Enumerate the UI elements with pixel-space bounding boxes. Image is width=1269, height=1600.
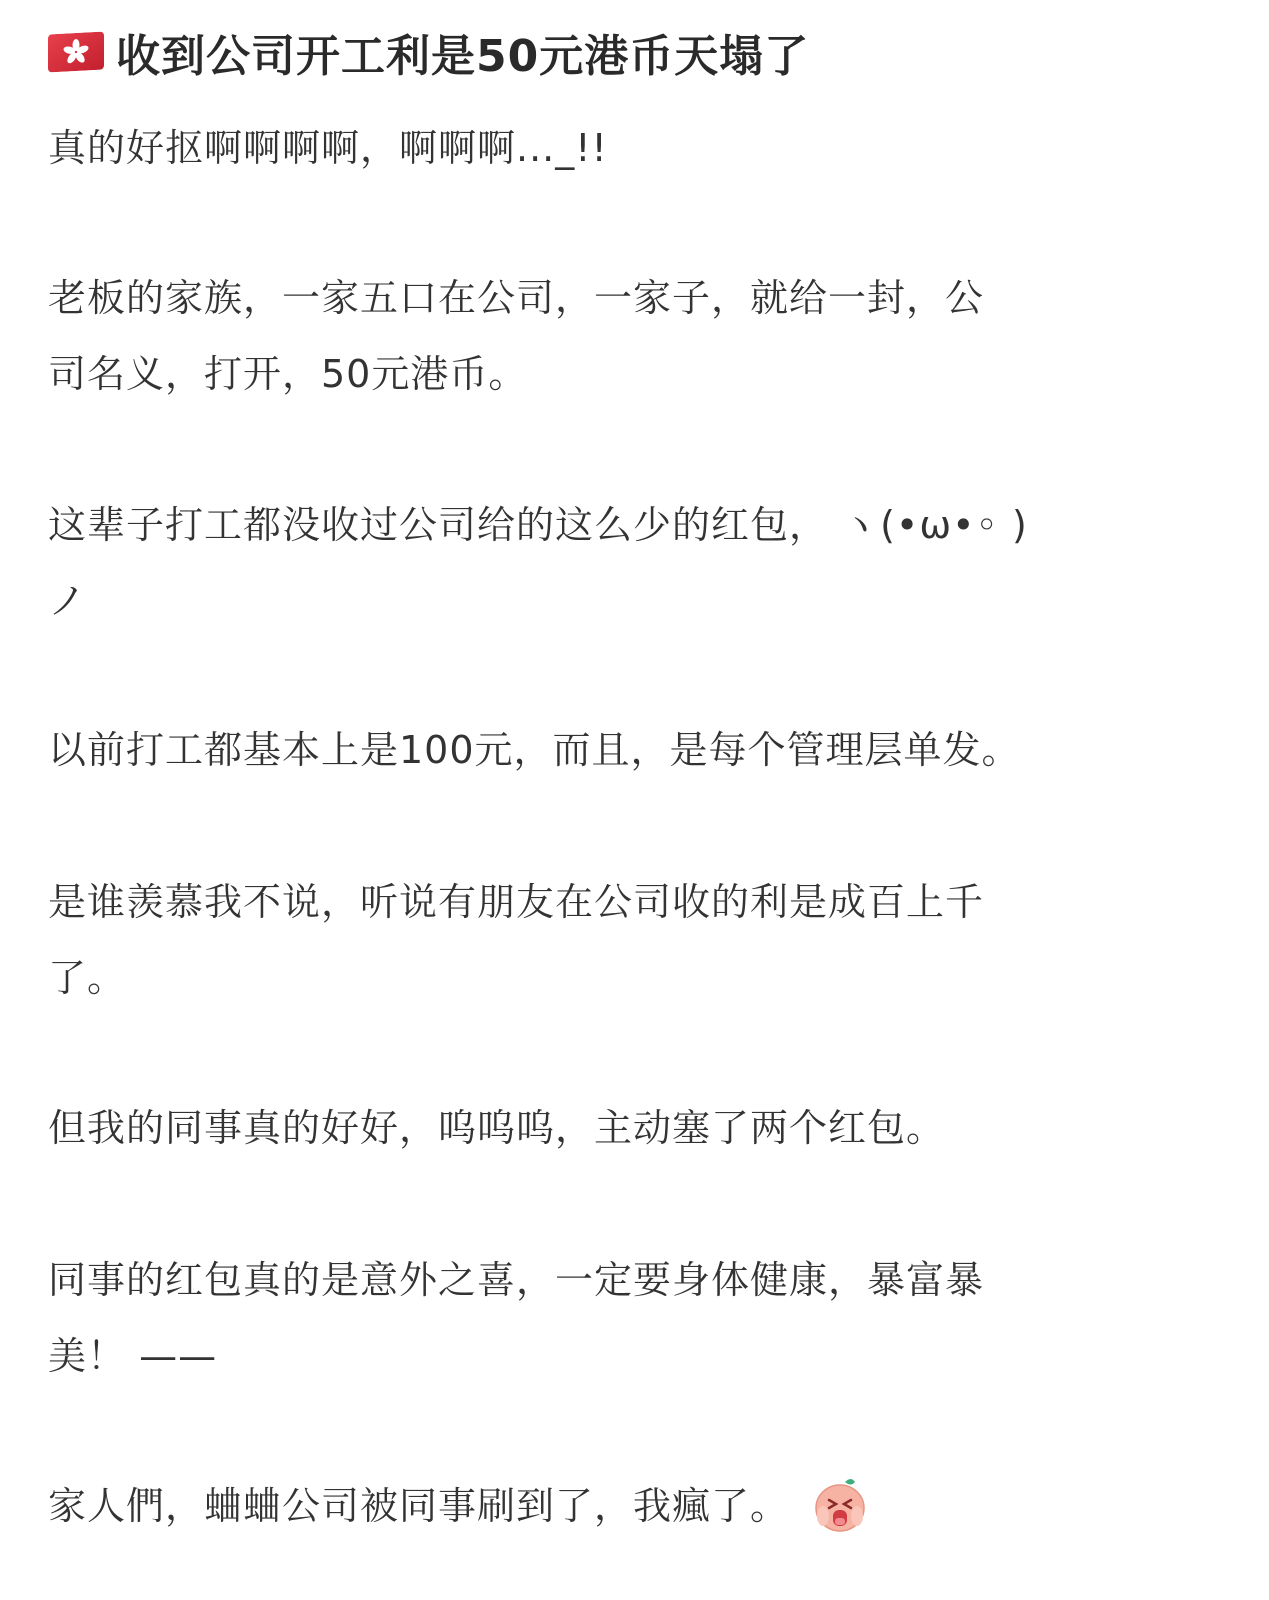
paragraph-1: 真的好抠啊啊啊啊，啊啊啊..._!! <box>48 110 608 186</box>
post-title: 收到公司开工利是50元港币天塌了 <box>116 20 809 84</box>
paragraph-5: 是谁羡慕我不说，听说有朋友在公司收的利是成百上千 了。 <box>48 864 984 1016</box>
post-title-row: 收到公司开工利是50元港币天塌了 <box>48 20 809 84</box>
paragraph-4: 以前打工都基本上是100元，而且，是每个管理层单发。 <box>48 712 1021 788</box>
paragraph-line: 老板的家族，一家五口在公司，一家子，就给一封，公 <box>48 260 984 336</box>
paragraph-text: 家人們，蛐蛐公司被同事刷到了，我瘋了。 <box>48 1484 789 1528</box>
paragraph-line: 美！ —— <box>48 1318 984 1394</box>
paragraph-2: 老板的家族，一家五口在公司，一家子，就给一封，公 司名义，打开，50元港币。 <box>48 260 984 412</box>
paragraph-line: 以前打工都基本上是100元，而且，是每个管理层单发。 <box>48 712 1021 788</box>
paragraph-line: 家人們，蛐蛐公司被同事刷到了，我瘋了。 <box>48 1468 871 1544</box>
paragraph-7: 同事的红包真的是意外之喜，一定要身体健康，暴富暴 美！ —— <box>48 1242 984 1394</box>
paragraph-line: ノ <box>48 563 1028 639</box>
crying-peach-emoji-icon <box>809 1472 871 1534</box>
paragraph-8: 家人們，蛐蛐公司被同事刷到了，我瘋了。 <box>48 1468 871 1544</box>
paragraph-line: 是谁羡慕我不说，听说有朋友在公司收的利是成百上千 <box>48 864 984 940</box>
paragraph-line: 这辈子打工都没收过公司给的这么少的红包， ヽ(•ω•◦ ) <box>48 487 1028 563</box>
paragraph-3: 这辈子打工都没收过公司给的这么少的红包， ヽ(•ω•◦ ) ノ <box>48 487 1028 639</box>
paragraph-line: 同事的红包真的是意外之喜，一定要身体健康，暴富暴 <box>48 1242 984 1318</box>
paragraph-line: 了。 <box>48 940 984 1016</box>
paragraph-line: 司名义，打开，50元港币。 <box>48 336 984 412</box>
paragraph-line: 真的好抠啊啊啊啊，啊啊啊..._!! <box>48 110 608 186</box>
paragraph-6: 但我的同事真的好好，呜呜呜，主动塞了两个红包。 <box>48 1090 945 1166</box>
hong-kong-flag-icon <box>48 32 104 73</box>
paragraph-line: 但我的同事真的好好，呜呜呜，主动塞了两个红包。 <box>48 1090 945 1166</box>
